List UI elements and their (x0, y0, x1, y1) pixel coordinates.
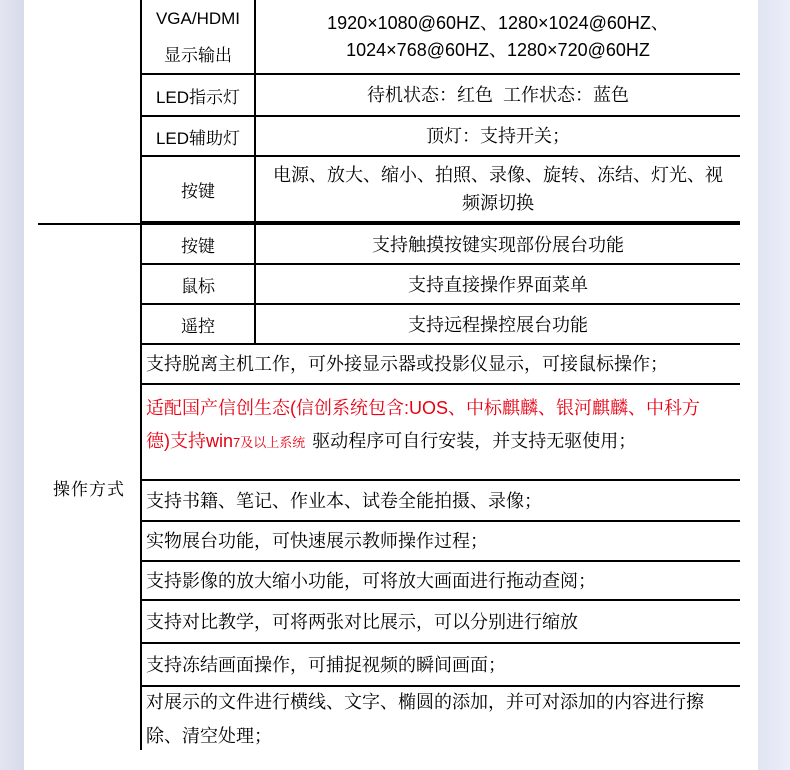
feature-text: 支持书籍、笔记、作业本、试卷全能拍摄、录像； (146, 487, 542, 515)
spec-value-cell: 支持触摸按键实现部份展台功能 (254, 225, 740, 265)
feature-text: 支持对比教学，可将两张对比展示，可以分别进行缩放 (146, 608, 578, 636)
group-label-text: 操作方式 (53, 475, 125, 500)
spec-label-cell: 鼠标 (140, 265, 254, 305)
spec-label-text: LED指示灯 (156, 83, 240, 108)
spec-value-cell: 支持直接操作界面菜单 (254, 265, 740, 305)
spec-value-text: 1920×1080@60HZ、1280×1024@60HZ、1024×768@6… (266, 10, 730, 64)
feature-row-compare: 支持对比教学，可将两张对比展示，可以分别进行缩放 (140, 601, 740, 644)
spec-group-operation: 操作方式 按键 支持触摸按键实现部份展台功能 鼠标 支持直接操作界面菜单 (38, 223, 740, 750)
group-label-cell: 操作方式 (38, 225, 140, 750)
spec-value-text: 支持远程操控展台功能 (408, 311, 588, 337)
spec-value-text: 支持直接操作界面菜单 (408, 271, 588, 297)
feature-row-live-stage: 实物展台功能，可快速展示教师操作过程； (140, 522, 740, 562)
feature-text: 支持影像的放大缩小功能，可将放大画面进行拖动查阅； (146, 567, 596, 595)
feature-row-standalone: 支持脱离主机工作，可外接显示器或投影仪显示，可接鼠标操作； (140, 345, 740, 385)
feature-row-zoom-drag: 支持影像的放大缩小功能，可将放大画面进行拖动查阅； (140, 562, 740, 601)
spec-label-cell: 按键 (140, 157, 254, 223)
spec-label-cell: 遥控 (140, 305, 254, 345)
spec-label-line1: VGA/HDMI (156, 0, 240, 37)
spec-row-led-aux: LED辅助灯 顶灯：支持开关； (38, 117, 740, 157)
spec-table: VGA/HDMI 显示输出 1920×1080@60HZ、1280×1024@6… (38, 0, 740, 750)
spec-value-text: 支持触摸按键实现部份展台功能 (372, 231, 624, 257)
spec-label-text: 遥控 (181, 312, 215, 337)
spec-label-cell: VGA/HDMI 显示输出 (140, 0, 254, 75)
group-label-cell-empty (38, 75, 140, 117)
spec-label-cell: LED指示灯 (140, 75, 254, 117)
spec-label-cell: LED辅助灯 (140, 117, 254, 157)
spec-row-led-indicator: LED指示灯 待机状态：红色 工作状态：蓝色 (38, 75, 740, 117)
operation-rows: 按键 支持触摸按键实现部份展台功能 鼠标 支持直接操作界面菜单 遥控 (140, 225, 740, 750)
feature-text: 支持脱离主机工作，可外接显示器或投影仪显示，可接鼠标操作； (146, 350, 668, 378)
spec-value-cell: 支持远程操控展台功能 (254, 305, 740, 345)
spec-row-remote: 遥控 支持远程操控展台功能 (140, 305, 740, 345)
feature-row-xinchuang: 适配国产信创生态(信创系统包含:UOS、中标麒麟、银河麒麟、中科方德)支持win… (140, 385, 740, 481)
right-margin-strip (758, 0, 790, 770)
spec-value-cell: 待机状态：红色 工作状态：蓝色 (254, 75, 740, 117)
spec-label-cell: 按键 (140, 225, 254, 265)
spec-label-text: 按键 (181, 232, 215, 257)
spec-label-text: 按键 (181, 177, 215, 202)
left-margin-strip (0, 0, 24, 770)
feature-row-capture: 支持书籍、笔记、作业本、试卷全能拍摄、录像； (140, 481, 740, 522)
spec-label-text: 鼠标 (181, 272, 215, 297)
feature-text-black: 驱动程序可自行安装，并支持无驱使用； (312, 431, 636, 451)
spec-value-text: 待机状态：红色 工作状态：蓝色 (367, 82, 629, 109)
group-label-cell-empty (38, 117, 140, 157)
spec-value-cell: 顶灯：支持开关； (254, 117, 740, 157)
feature-text: 对展示的文件进行横线、文字、椭圆的添加，并可对添加的内容进行擦除、清空处理； (146, 685, 710, 753)
spec-value-cell: 1920×1080@60HZ、1280×1024@60HZ、1024×768@6… (254, 0, 740, 75)
group-label-cell-empty (38, 157, 140, 223)
spec-label-text: LED辅助灯 (156, 124, 240, 149)
feature-text: 实物展台功能，可快速展示教师操作过程； (146, 527, 488, 555)
spec-value-text: 顶灯：支持开关； (426, 123, 570, 150)
spec-row-touch-buttons: 按键 支持触摸按键实现部份展台功能 (140, 225, 740, 265)
spec-row-hardware-buttons: 按键 电源、放大、缩小、拍照、录像、旋转、冻结、灯光、视频源切换 (38, 157, 740, 223)
spec-row-display-output: VGA/HDMI 显示输出 1920×1080@60HZ、1280×1024@6… (38, 0, 740, 75)
spec-row-mouse: 鼠标 支持直接操作界面菜单 (140, 265, 740, 305)
feature-row-annotate: 对展示的文件进行横线、文字、椭圆的添加，并可对添加的内容进行擦除、清空处理； (140, 687, 740, 750)
feature-row-freeze: 支持冻结画面操作，可捕捉视频的瞬间画面； (140, 644, 740, 687)
spec-value-cell: 电源、放大、缩小、拍照、录像、旋转、冻结、灯光、视频源切换 (254, 157, 740, 223)
spec-value-text: 电源、放大、缩小、拍照、录像、旋转、冻结、灯光、视频源切换 (266, 161, 730, 217)
group-label-cell-empty (38, 0, 140, 75)
feature-text-red-small: 7及以上系统 (233, 435, 305, 450)
spec-label-line2: 显示输出 (164, 37, 232, 74)
feature-text: 支持冻结画面操作，可捕捉视频的瞬间画面； (146, 651, 506, 679)
